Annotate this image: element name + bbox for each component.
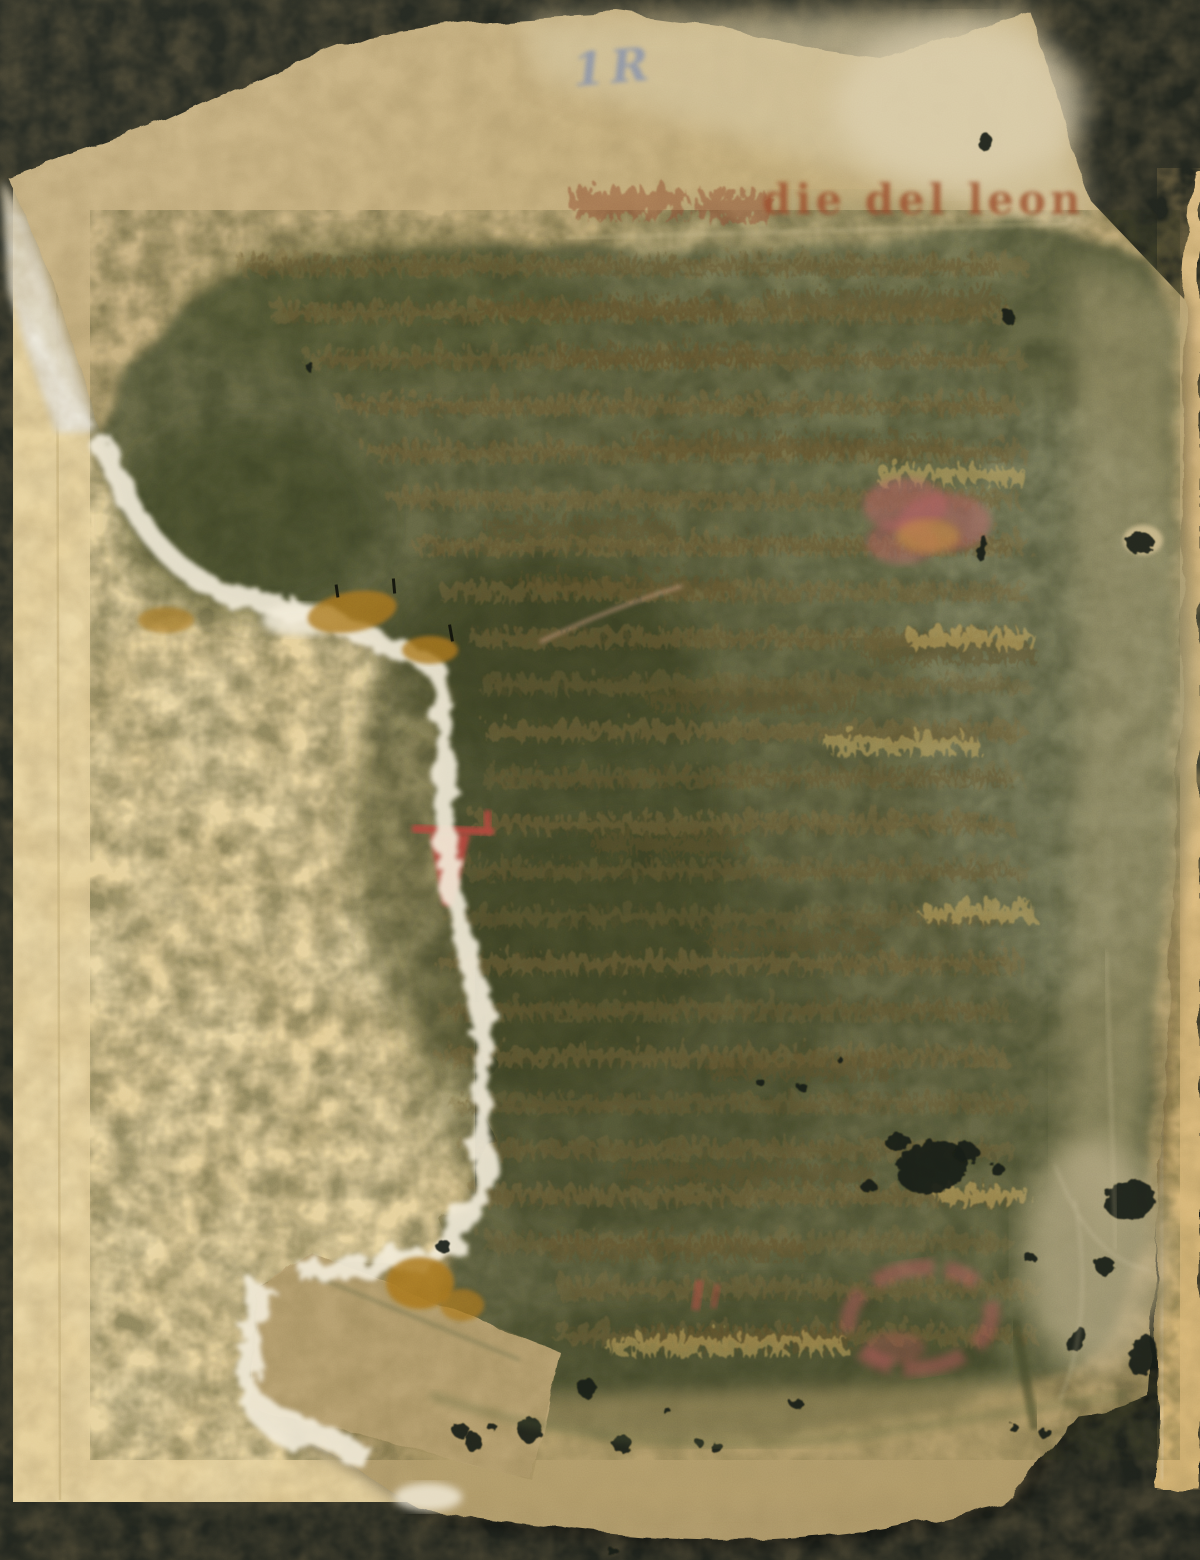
manuscript-photo-svg: die del leon <box>0 0 1200 1560</box>
manuscript-photograph: die del leon <box>0 0 1200 1560</box>
grain-overlay <box>0 0 1200 1560</box>
